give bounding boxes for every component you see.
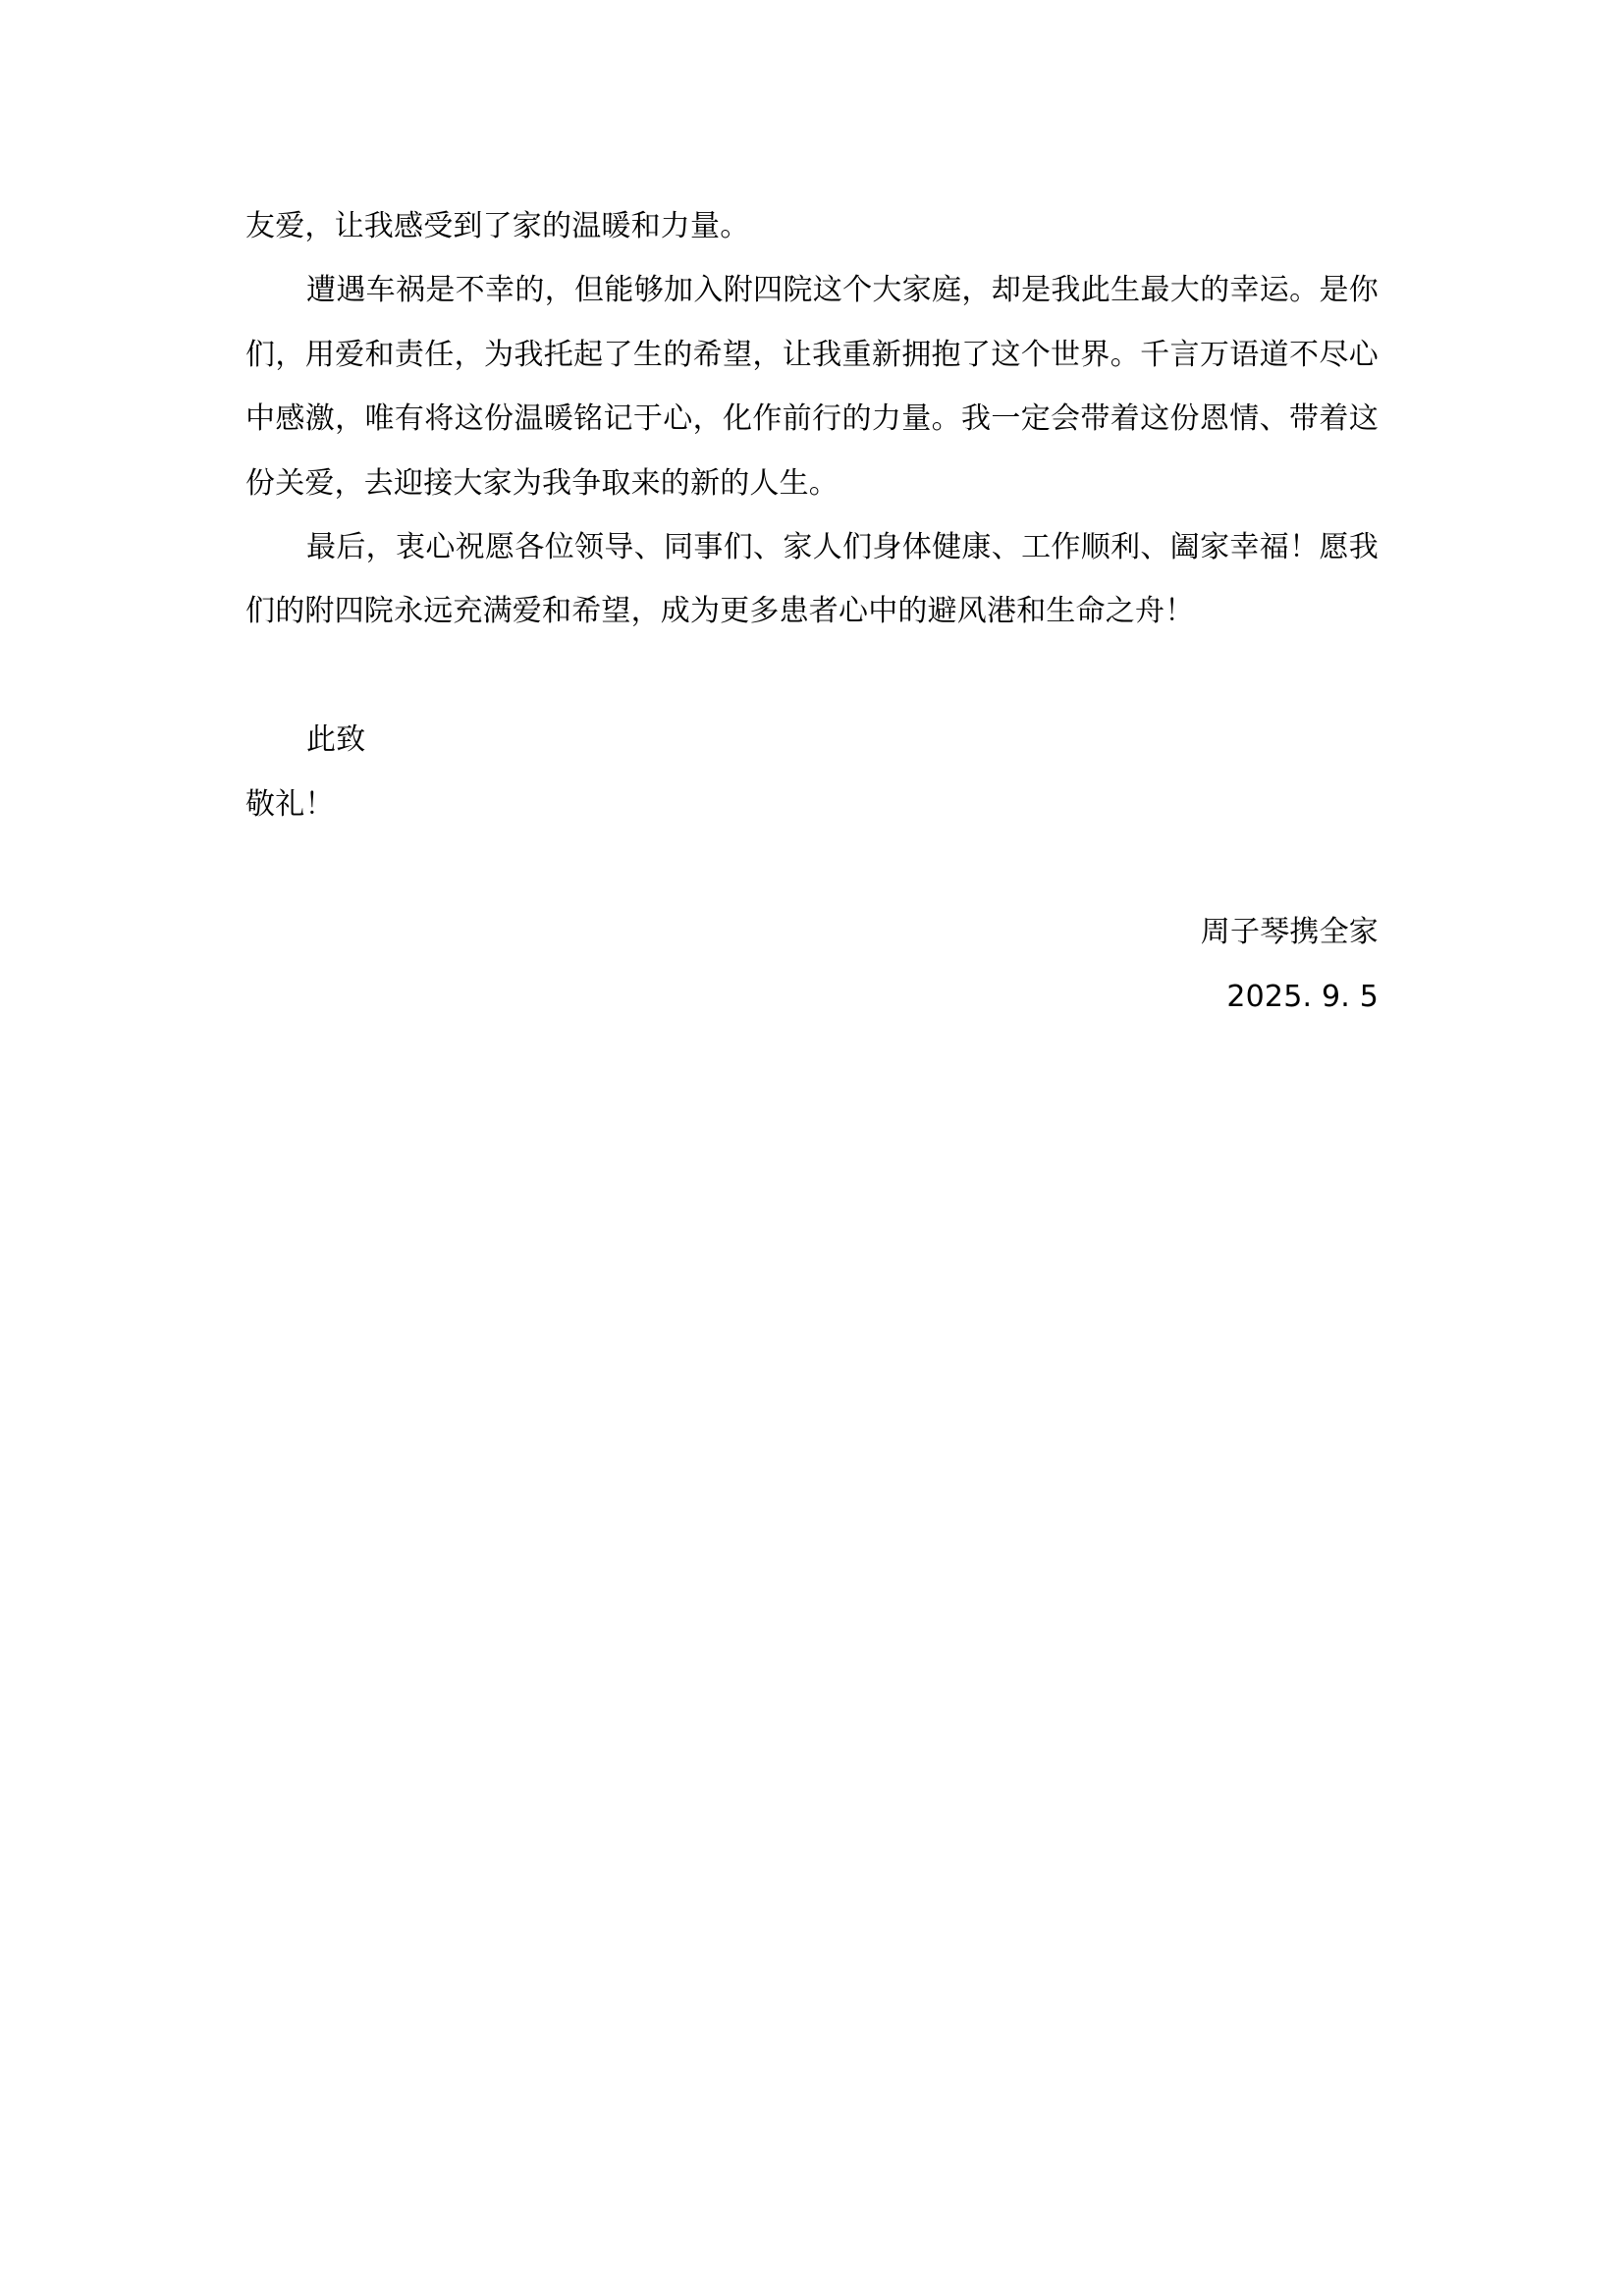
body-line-1: 友爱，让我感受到了家的温暖和力量。 [245, 194, 1379, 258]
body-line-4: 中感激，唯有将这份温暖铭记于心，化作前行的力量。我一定会带着这份恩情、带着这 [245, 387, 1379, 451]
closing-cizhi: 此致 [245, 708, 1379, 772]
letter-page: 友爱，让我感受到了家的温暖和力量。遭遇车祸是不幸的，但能够加入附四院这个大家庭，… [0, 0, 1624, 2296]
blank-line [245, 836, 1379, 900]
body-line-7: 们的附四院永远充满爱和希望，成为更多患者心中的避风港和生命之舟！ [245, 579, 1379, 643]
letter-body: 友爱，让我感受到了家的温暖和力量。遭遇车祸是不幸的，但能够加入附四院这个大家庭，… [245, 194, 1379, 1029]
signature-date: 2025. 9. 5 [245, 965, 1379, 1029]
body-line-6: 最后，衷心祝愿各位领导、同事们、家人们身体健康、工作顺利、阖家幸福！愿我 [245, 515, 1379, 579]
signature-name: 周子琴携全家 [245, 900, 1379, 964]
body-line-5: 份关爱，去迎接大家为我争取来的新的人生。 [245, 452, 1379, 515]
body-line-3: 们，用爱和责任，为我托起了生的希望，让我重新拥抱了这个世界。千言万语道不尽心 [245, 323, 1379, 387]
blank-line [245, 644, 1379, 708]
body-line-2: 遭遇车祸是不幸的，但能够加入附四院这个大家庭，却是我此生最大的幸运。是你 [245, 258, 1379, 322]
closing-salute: 敬礼！ [245, 773, 1379, 836]
